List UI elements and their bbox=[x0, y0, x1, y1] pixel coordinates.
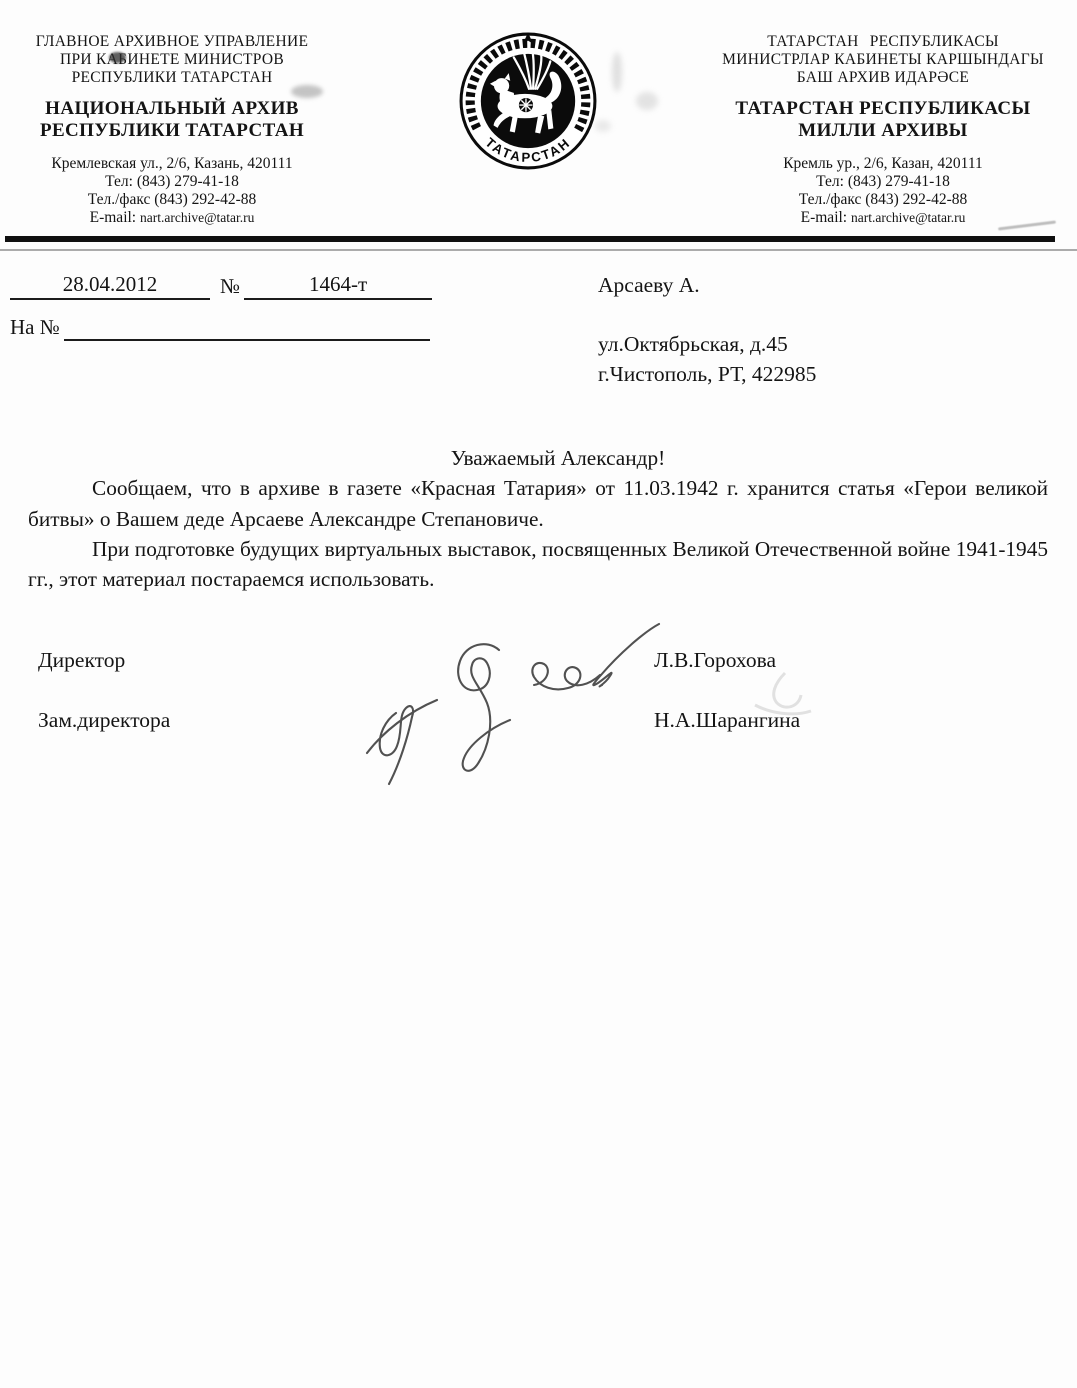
pencil-smudge bbox=[595, 120, 611, 132]
letterhead-divider-thin bbox=[0, 249, 1077, 251]
reply-to-label: На № bbox=[10, 315, 60, 341]
letterhead-divider-thick bbox=[5, 236, 1055, 242]
letter-date: 28.04.2012 bbox=[10, 272, 210, 300]
letter-body: Уважаемый Александр! Сообщаем, что в арх… bbox=[28, 443, 1048, 594]
handwritten-signature bbox=[338, 612, 672, 812]
recipient-name: Арсаеву А. bbox=[598, 270, 816, 300]
org-name-line: НАЦИОНАЛЬНЫЙ АРХИВ bbox=[16, 98, 328, 120]
snow-leopard-emblem-icon: ТАТАРСТАН bbox=[457, 30, 599, 172]
recipient-street: ул.Октябрьская, д.45 bbox=[598, 329, 816, 359]
reply-number-blank bbox=[64, 312, 430, 341]
address-line: Кремль ур., 2/6, Казан, 420111 bbox=[693, 155, 1073, 173]
phone-line: Тел: (843) 279-41-18 bbox=[693, 173, 1073, 191]
scanned-letter-page: ГЛАВНОЕ АРХИВНОЕ УПРАВЛЕНИЕ ПРИ КАБИНЕТЕ… bbox=[0, 0, 1077, 1388]
org-name-line: РЕСПУБЛИКИ ТАТАРСТАН bbox=[16, 120, 328, 142]
org-line: ГЛАВНОЕ АРХИВНОЕ УПРАВЛЕНИЕ bbox=[16, 33, 328, 51]
email-address: nart.archive@tatar.ru bbox=[140, 210, 254, 225]
org-line: МИНИСТРЛАР КАБИНЕТЫ КАРШЫНДАГЫ bbox=[693, 51, 1073, 69]
email-line: E-mail: nart.archive@tatar.ru bbox=[16, 209, 328, 227]
org-name-line: МИЛЛИ АРХИВЫ bbox=[693, 120, 1073, 142]
recipient-block: Арсаеву А. ул.Октябрьская, д.45 г.Чистоп… bbox=[598, 270, 816, 389]
pencil-smudge bbox=[636, 92, 658, 110]
signer-title: Зам.директора bbox=[38, 708, 170, 733]
letter-number: 1464-т bbox=[244, 272, 432, 300]
number-sign: № bbox=[220, 274, 240, 300]
ink-ghost-mark bbox=[715, 665, 825, 735]
letterhead-right: ТАТАРСТАН РЕСПУБЛИКАСЫ МИНИСТРЛАР КАБИНЕ… bbox=[693, 33, 1073, 227]
ink-smudge bbox=[109, 52, 126, 63]
fax-line: Тел./факс (843) 292-42-88 bbox=[693, 191, 1073, 209]
org-line: ПРИ КАБИНЕТЕ МИНИСТРОВ bbox=[16, 51, 328, 69]
pencil-smudge bbox=[612, 52, 622, 92]
address-block: Кремлевская ул., 2/6, Казань, 420111 Тел… bbox=[16, 155, 328, 226]
recipient-city: г.Чистополь, РТ, 422985 bbox=[598, 359, 816, 389]
email-address: nart.archive@tatar.ru bbox=[851, 210, 965, 225]
email-label: E-mail: bbox=[801, 209, 848, 226]
body-paragraph: Сообщаем, что в архиве в газете «Красная… bbox=[28, 473, 1048, 534]
ink-smudge bbox=[291, 85, 323, 98]
salutation: Уважаемый Александр! bbox=[28, 443, 1048, 473]
email-label: E-mail: bbox=[90, 209, 137, 226]
address-line: Кремлевская ул., 2/6, Казань, 420111 bbox=[16, 155, 328, 173]
address-block: Кремль ур., 2/6, Казан, 420111 Тел: (843… bbox=[693, 155, 1073, 226]
reference-row-reply: На № bbox=[10, 312, 432, 341]
phone-line: Тел: (843) 279-41-18 bbox=[16, 173, 328, 191]
org-line: БАШ АРХИВ ИДАРӘСЕ bbox=[693, 69, 1073, 87]
org-name-line: ТАТАРСТАН РЕСПУБЛИКАСЫ bbox=[693, 98, 1073, 120]
body-paragraph: При подготовке будущих виртуальных выста… bbox=[28, 534, 1048, 595]
letterhead-left: ГЛАВНОЕ АРХИВНОЕ УПРАВЛЕНИЕ ПРИ КАБИНЕТЕ… bbox=[16, 33, 328, 227]
tatarstan-coat-of-arms-seal: ТАТАРСТАН bbox=[457, 30, 599, 172]
org-line: РЕСПУБЛИКИ ТАТАРСТАН bbox=[16, 69, 328, 87]
email-line: E-mail: nart.archive@tatar.ru bbox=[693, 209, 1073, 227]
fax-line: Тел./факс (843) 292-42-88 bbox=[16, 191, 328, 209]
signer-title: Директор bbox=[38, 648, 125, 673]
org-line: ТАТАРСТАН РЕСПУБЛИКАСЫ bbox=[693, 33, 1073, 51]
reference-row-outgoing: 28.04.2012 № 1464-т bbox=[10, 272, 432, 300]
reference-block: 28.04.2012 № 1464-т На № bbox=[10, 272, 432, 341]
